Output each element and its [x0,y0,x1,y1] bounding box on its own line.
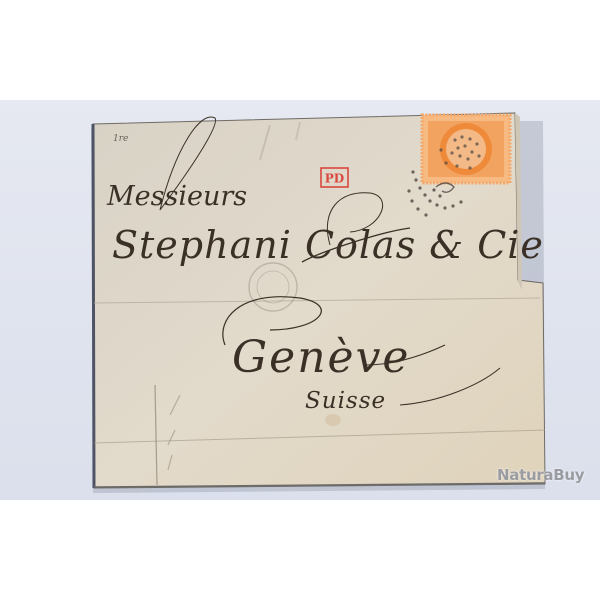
envelope-illustration: 1re PD [0,0,600,600]
corner-note: 1re [113,134,128,144]
salutation-text: Messieurs [106,181,247,212]
postage-stamp [422,115,510,183]
country-text: Suisse [305,388,386,414]
letter-photo: 1re PD [0,0,600,600]
naturabuy-watermark: NaturaBuy [497,466,584,484]
city-text: Genève [232,332,410,383]
addressee-text: Stephani Colas & Cie [112,223,544,267]
pd-cachet: PD [321,168,348,187]
svg-text:PD: PD [325,172,344,186]
